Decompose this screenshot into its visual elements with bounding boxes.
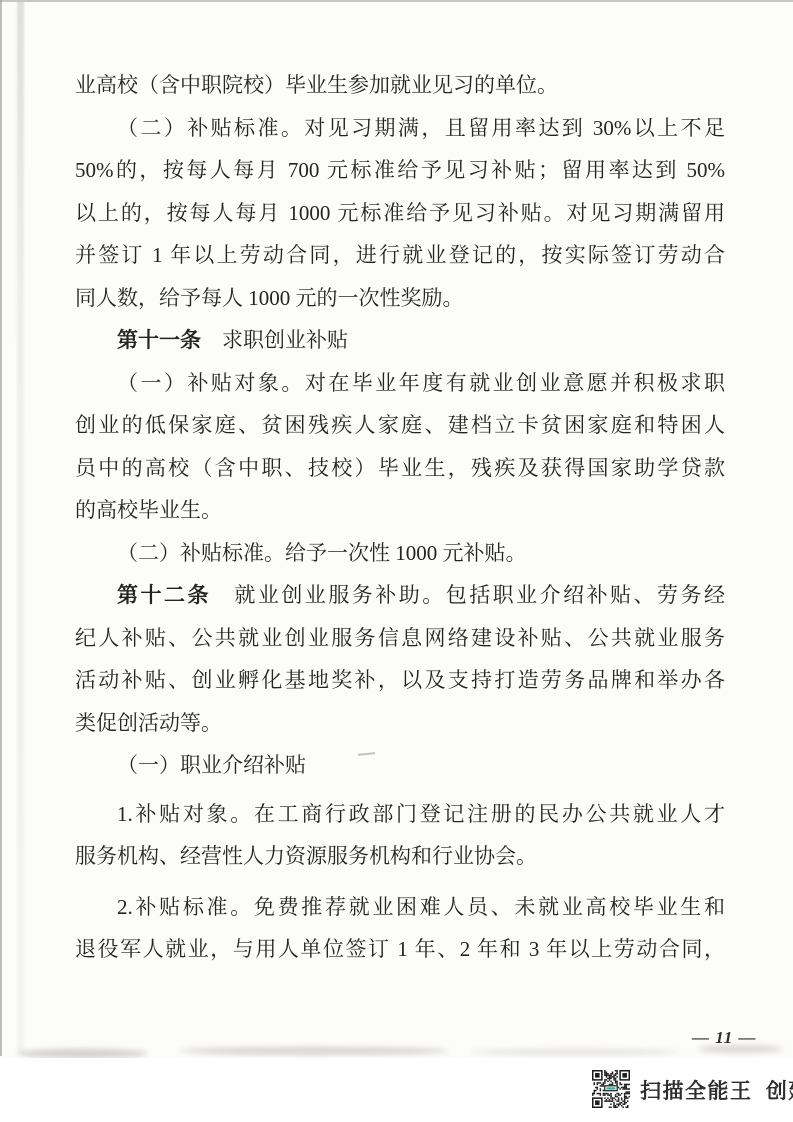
line-text: 求职创业补贴 (201, 328, 348, 352)
text-line: 1.补贴对象。在工商行政部门登记注册的民办公共就业人才 (75, 793, 725, 836)
line-text: 类促创活动等。 (75, 711, 222, 735)
line-text: （二）补贴标准。给予一次性 1000 元补贴。 (117, 541, 527, 565)
line-text: （一）职业介绍补贴 (117, 753, 306, 777)
scan-artifact (18, 1049, 148, 1058)
text-line: 纪人补贴、公共就业创业服务信息网络建设补贴、公共就业服务 (75, 617, 725, 660)
line-text: 服务机构、经营性人力资源服务机构和行业协会。 (75, 844, 537, 868)
text-line: 员中的高校（含中职、技校）毕业生，残疾及获得国家助学贷款 (75, 447, 725, 490)
text-line: 的高校毕业生。 (75, 489, 725, 532)
line-text: 50%的，按每人每月 700 元标准给予见习补贴；留用率达到 50% (75, 158, 725, 182)
line-text: 业高校（含中职院校）毕业生参加就业见习的单位。 (75, 73, 558, 97)
page-number: — 11 — (692, 1028, 772, 1048)
line-text: 活动补贴、创业孵化基地奖补，以及支持打造劳务品牌和举办各 (75, 668, 725, 692)
text-line: 业高校（含中职院校）毕业生参加就业见习的单位。 (75, 64, 725, 107)
text-line: 2.补贴标准。免费推荐就业困难人员、未就业高校毕业生和 (75, 886, 725, 929)
article-number-heading: 第十二条 (117, 584, 211, 607)
text-line: 创业的低保家庭、贫困残疾人家庭、建档立卡贫困家庭和特困人 (75, 404, 725, 447)
text-line: 同人数，给予每人 1000 元的一次性奖励。 (75, 277, 725, 320)
text-line: （二）补贴标准。给予一次性 1000 元补贴。 (75, 532, 725, 575)
scan-edge-left (0, 0, 2, 1056)
scan-artifact (180, 1047, 450, 1055)
text-line: （一）补贴对象。对在毕业年度有就业创业意愿并积极求职 (75, 362, 725, 405)
document-body: 业高校（含中职院校）毕业生参加就业见习的单位。（二）补贴标准。对见习期满，且留用… (75, 64, 725, 971)
line-text: 创业的低保家庭、贫困残疾人家庭、建档立卡贫困家庭和特困人 (75, 413, 725, 437)
line-text: 退役军人就业，与用人单位签订 1 年、2 年和 3 年以上劳动合同， (75, 937, 725, 961)
text-line: （一）职业介绍补贴 (75, 744, 725, 787)
line-text: 2.补贴标准。免费推荐就业困难人员、未就业高校毕业生和 (117, 895, 725, 919)
line-text: 纪人补贴、公共就业创业服务信息网络建设补贴、公共就业服务 (75, 626, 725, 650)
text-line: 并签订 1 年以上劳动合同，进行就业登记的，按实际签订劳动合 (75, 234, 725, 277)
camscanner-qr-icon (592, 1070, 630, 1108)
text-line: 以上的，按每人每月 1000 元标准给予见习补贴。对见习期满留用 (75, 192, 725, 235)
scan-artifact (470, 1049, 680, 1055)
text-line: 类促创活动等。 (75, 702, 725, 745)
camscanner-watermark-text: 扫描全能王 创建 (640, 1075, 793, 1105)
footer-strip: 扫描全能王 创建 (0, 1058, 793, 1122)
text-line: （二）补贴标准。对见习期满，且留用率达到 30%以上不足 (75, 107, 725, 150)
line-text: 的高校毕业生。 (75, 498, 222, 522)
line-text: 员中的高校（含中职、技校）毕业生，残疾及获得国家助学贷款 (75, 456, 725, 480)
scan-shadow-streak (17, 0, 24, 1054)
article-number-heading: 第十一条 (117, 329, 201, 352)
line-text: 就业创业服务补助。包括职业介绍补贴、劳务经 (211, 583, 725, 607)
line-text: （二）补贴标准。对见习期满，且留用率达到 30%以上不足 (117, 116, 725, 140)
line-text: 以上的，按每人每月 1000 元标准给予见习补贴。对见习期满留用 (75, 201, 725, 225)
line-text: 1.补贴对象。在工商行政部门登记注册的民办公共就业人才 (117, 802, 725, 826)
scanned-document-page: 业高校（含中职院校）毕业生参加就业见习的单位。（二）补贴标准。对见习期满，且留用… (0, 0, 793, 1058)
text-line: 服务机构、经营性人力资源服务机构和行业协会。 (75, 835, 725, 878)
line-text: 并签订 1 年以上劳动合同，进行就业登记的，按实际签订劳动合 (75, 243, 725, 267)
line-text: 同人数，给予每人 1000 元的一次性奖励。 (75, 286, 464, 310)
text-line: 第十一条 求职创业补贴 (75, 319, 725, 362)
text-line: 退役军人就业，与用人单位签订 1 年、2 年和 3 年以上劳动合同， (75, 928, 725, 971)
text-line: 活动补贴、创业孵化基地奖补，以及支持打造劳务品牌和举办各 (75, 659, 725, 702)
scan-edge-top (0, 0, 793, 2)
text-line: 第十二条 就业创业服务补助。包括职业介绍补贴、劳务经 (75, 574, 725, 617)
text-line: 50%的，按每人每月 700 元标准给予见习补贴；留用率达到 50% (75, 149, 725, 192)
line-text: （一）补贴对象。对在毕业年度有就业创业意愿并积极求职 (117, 371, 725, 395)
